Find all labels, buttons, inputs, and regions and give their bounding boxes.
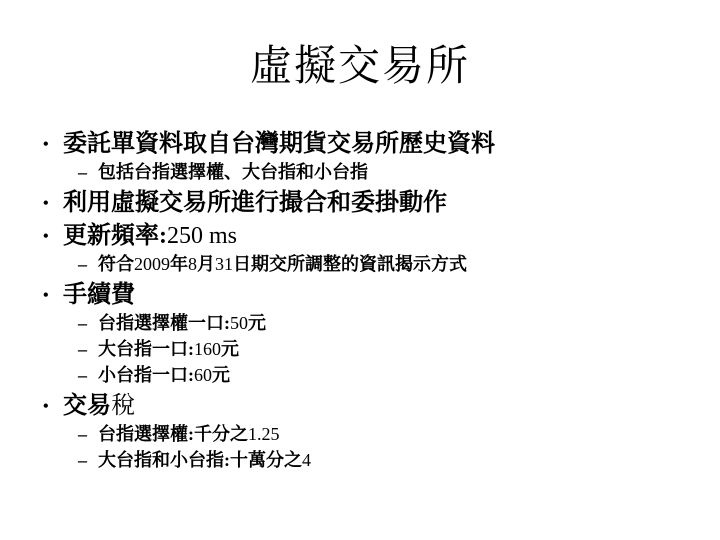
- bullet-item: •更新頻率:250 ms: [0, 222, 720, 251]
- sub-bullet-item: –包括台指選擇權、大台指和小台指: [0, 159, 720, 185]
- bullet-dot-icon: •: [43, 281, 49, 310]
- sub-bullet-item: –台指選擇權:千分之1.25: [0, 421, 720, 447]
- slide-title: 虛擬交易所: [0, 42, 720, 92]
- bullet-text: 符合2009年8月31日期交所調整的資訊揭示方式: [98, 254, 467, 274]
- dash-icon: –: [78, 421, 87, 447]
- dash-icon: –: [78, 447, 87, 473]
- dash-icon: –: [78, 159, 87, 185]
- sub-bullet-item: –大台指和小台指:十萬分之4: [0, 447, 720, 473]
- dash-icon: –: [78, 362, 87, 388]
- slide: 虛擬交易所 •委託單資料取自台灣期貨交易所歷史資料–包括台指選擇權、大台指和小台…: [0, 0, 720, 540]
- bullet-text: 利用虛擬交易所進行撮合和委掛動作: [63, 190, 447, 216]
- sub-bullet-item: –台指選擇權一口:50元: [0, 310, 720, 336]
- bullet-item: •交易稅: [0, 392, 720, 421]
- bullet-text: 台指選擇權:千分之1.25: [98, 424, 280, 444]
- bullet-text: 交易稅: [63, 393, 135, 419]
- bullet-text: 大台指和小台指:十萬分之4: [98, 450, 311, 470]
- bullet-item: •手續費: [0, 281, 720, 310]
- sub-bullet-item: –小台指一口:60元: [0, 362, 720, 388]
- bullet-text: 更新頻率:250 ms: [63, 223, 237, 249]
- bullet-text: 台指選擇權一口:50元: [98, 313, 266, 333]
- bullet-dot-icon: •: [43, 222, 49, 251]
- sub-bullet-item: –大台指一口:160元: [0, 336, 720, 362]
- sub-bullet-item: –符合2009年8月31日期交所調整的資訊揭示方式: [0, 251, 720, 277]
- bullet-item: •利用虛擬交易所進行撮合和委掛動作: [0, 189, 720, 218]
- bullet-text: 大台指一口:160元: [98, 339, 239, 359]
- dash-icon: –: [78, 336, 87, 362]
- bullet-text: 包括台指選擇權、大台指和小台指: [98, 162, 368, 182]
- bullet-text: 委託單資料取自台灣期貨交易所歷史資料: [63, 131, 495, 157]
- bullet-text: 手續費: [63, 282, 135, 308]
- bullet-dot-icon: •: [43, 392, 49, 421]
- bullet-dot-icon: •: [43, 130, 49, 159]
- bullet-item: •委託單資料取自台灣期貨交易所歷史資料: [0, 130, 720, 159]
- bullet-text: 小台指一口:60元: [98, 365, 230, 385]
- dash-icon: –: [78, 251, 87, 277]
- bullet-list: •委託單資料取自台灣期貨交易所歷史資料–包括台指選擇權、大台指和小台指•利用虛擬…: [0, 126, 720, 473]
- bullet-dot-icon: •: [43, 189, 49, 218]
- dash-icon: –: [78, 310, 87, 336]
